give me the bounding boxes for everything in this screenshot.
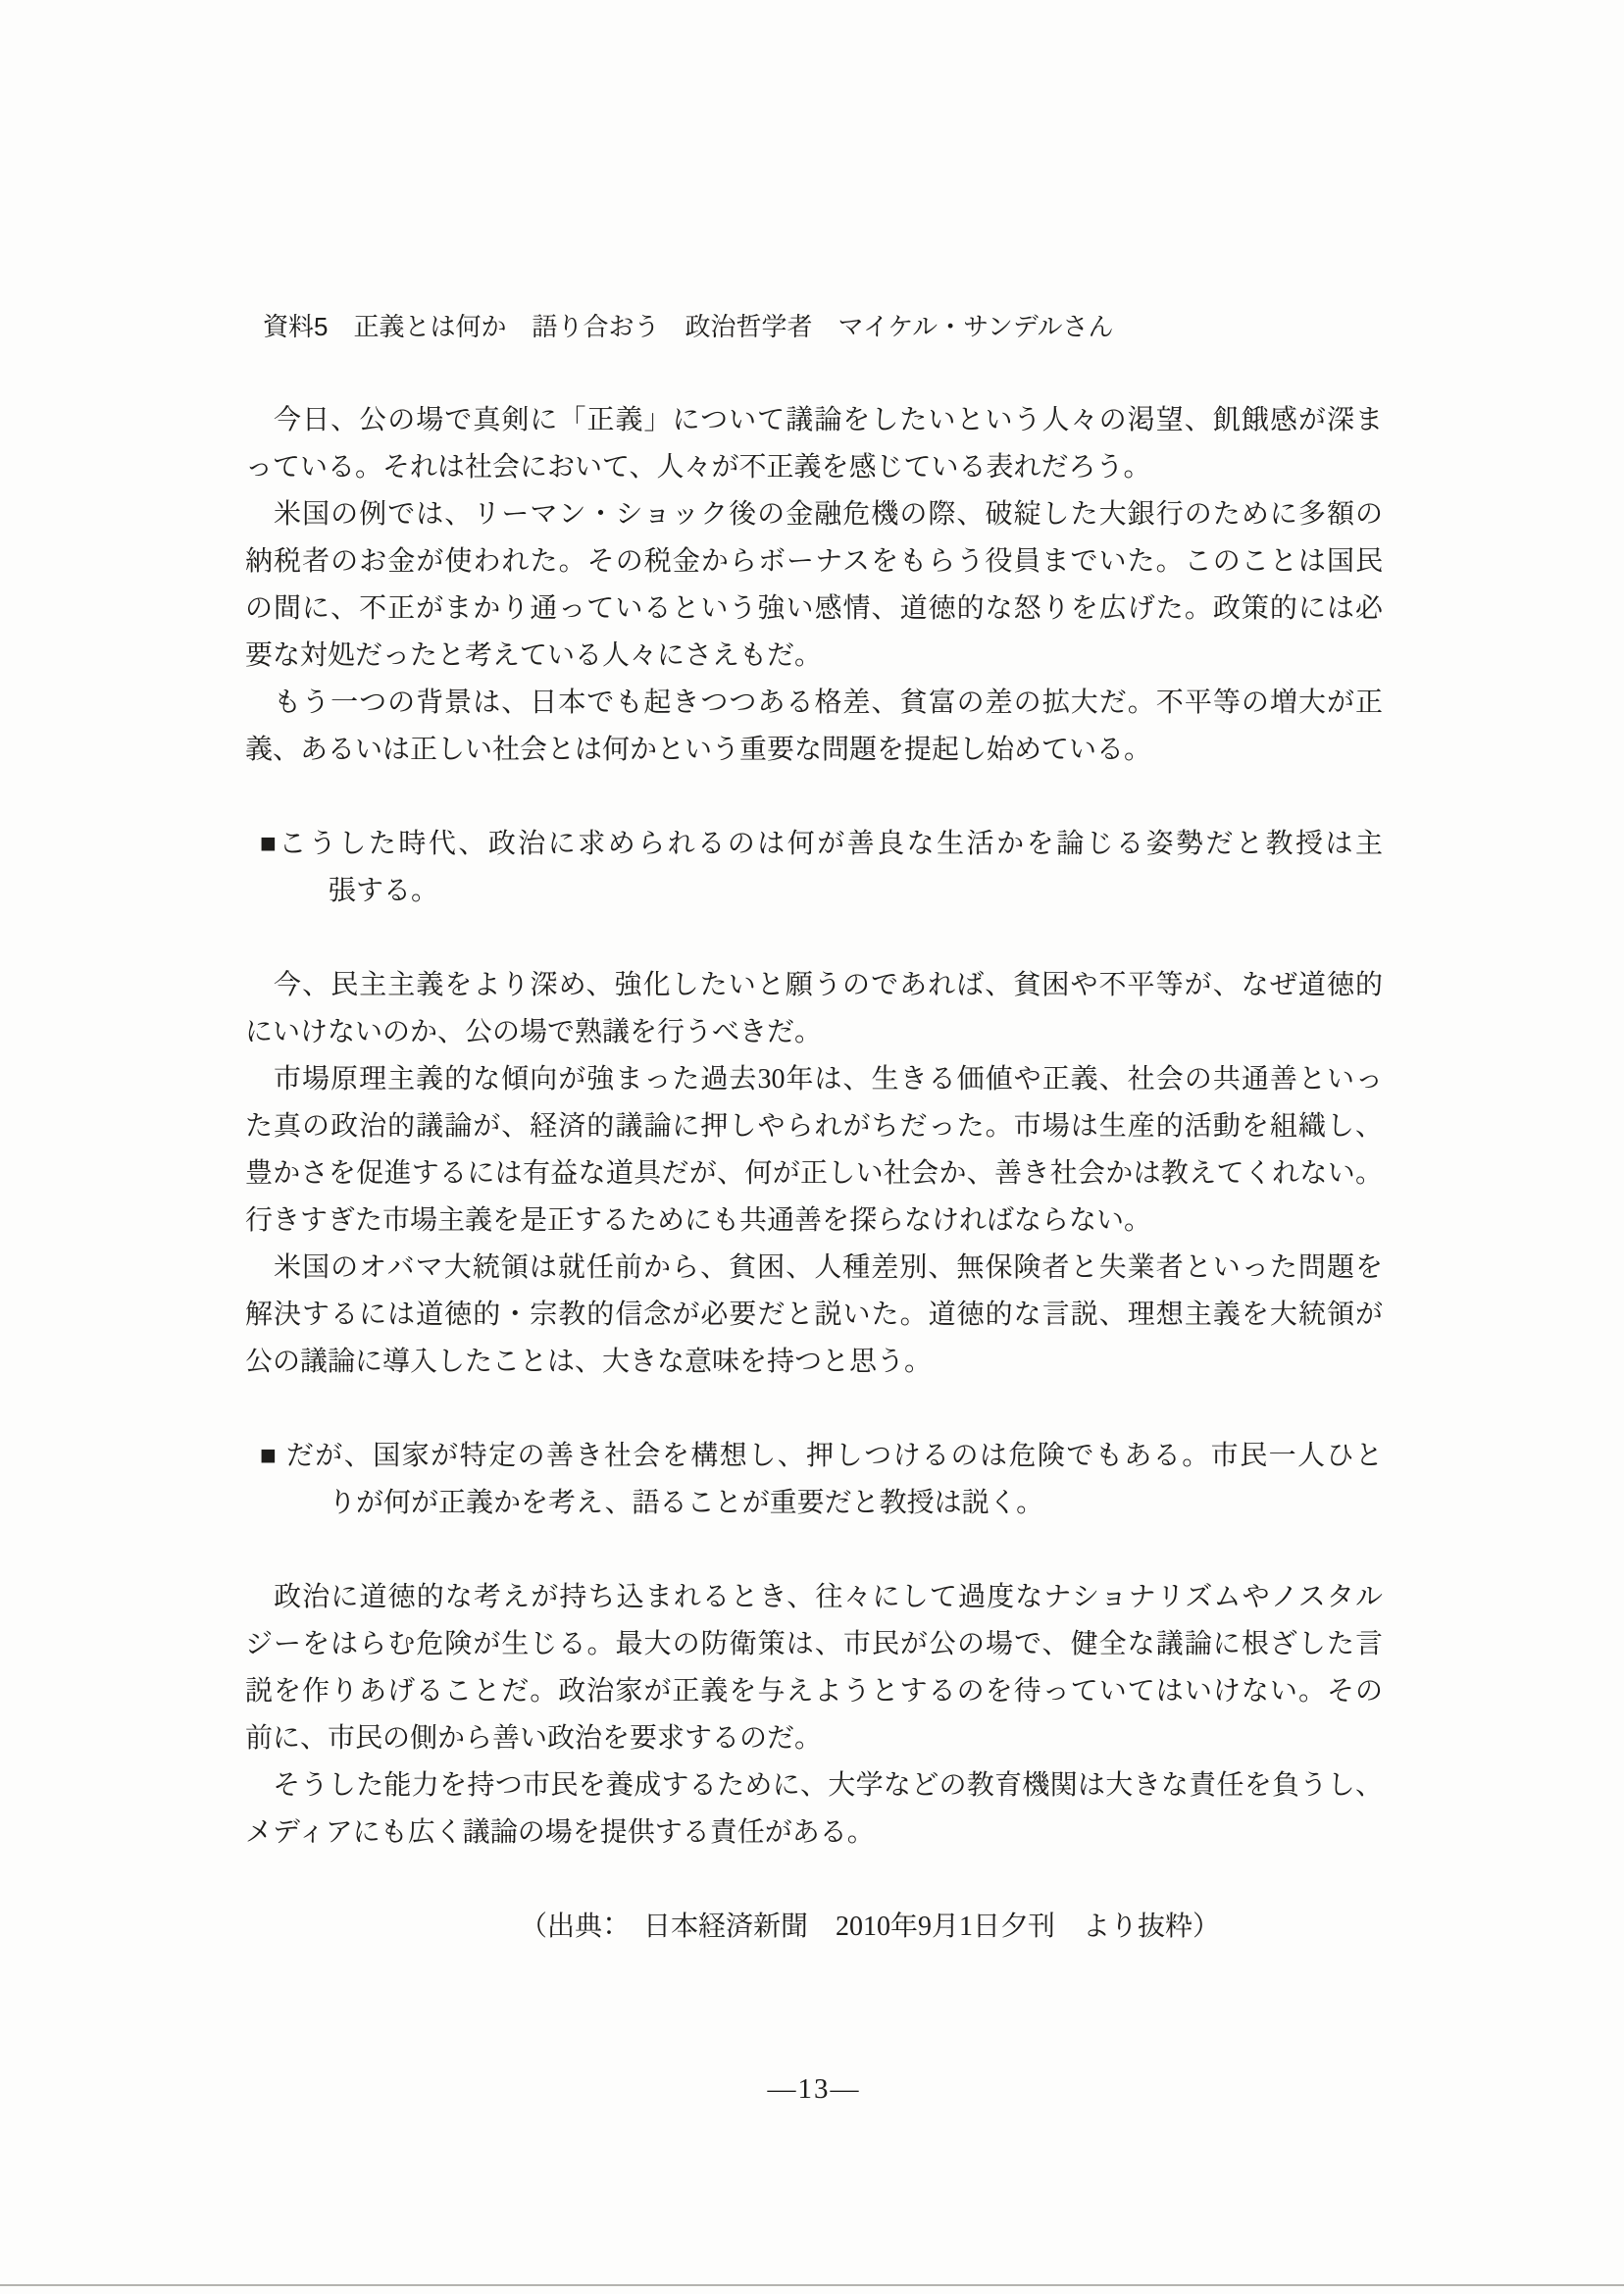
scan-edge-line (0, 2284, 1624, 2286)
callout-2: ■ だが、国家が特定の善き社会を構想し、押しつけるのは危険でもある。市民一人ひと… (245, 1433, 1383, 1527)
text-line: ■こうした時代、政治に求められるのは何が善良な生活かを論じる姿勢だと教授は主 (245, 821, 1383, 868)
text-line: 政治に道徳的な考えが持ち込まれるとき、往々にして過度なナショナリズムやノスタル (245, 1574, 1383, 1621)
text-line: メディアにも広く議論の場を提供する責任がある。 (245, 1810, 1383, 1857)
text-line: 豊かさを促進するには有益な道具だが、何が正しい社会か、善き社会かは教えてくれない… (245, 1150, 1383, 1198)
text-line: 張する。 (245, 868, 1383, 915)
text-line: 納税者のお金が使われた。その税金からボーナスをもらう役員までいた。このことは国民 (245, 538, 1383, 586)
paragraph-4: 今、民主主義をより深め、強化したいと願うのであれば、貧困や不平等が、なぜ道徳的に… (245, 962, 1383, 1056)
paragraph-8: そうした能力を持つ市民を養成するために、大学などの教育機関は大きな責任を負うし、… (245, 1762, 1383, 1857)
text-line: りが何が正義かを考え、語ることが重要だと教授は説く。 (245, 1480, 1383, 1527)
text-line: 前に、市民の側から善い政治を要求するのだ。 (245, 1715, 1383, 1762)
text-line: 解決するには道徳的・宗教的信念が必要だと説いた。道徳的な言説、理想主義を大統領が (245, 1292, 1383, 1339)
text-line: にいけないのか、公の場で熟議を行うべきだ。 (245, 1009, 1383, 1056)
text-line: ジーをはらむ危険が生じる。最大の防衛策は、市民が公の場で、健全な議論に根ざした言 (245, 1621, 1383, 1668)
paragraph-3: もう一つの背景は、日本でも起きつつある格差、貧富の差の拡大だ。不平等の増大が正義… (245, 680, 1383, 774)
text-line: 義、あるいは正しい社会とは何かという重要な問題を提起し始めている。 (245, 727, 1383, 774)
text-line: の間に、不正がまかり通っているという強い感情、道徳的な怒りを広げた。政策的には必 (245, 586, 1383, 633)
text-line: 米国のオバマ大統領は就任前から、貧困、人種差別、無保険者と失業者といった問題を (245, 1245, 1383, 1292)
page-number: ―13― (245, 2065, 1383, 2113)
text-line: 今、民主主義をより深め、強化したいと願うのであれば、貧困や不平等が、なぜ道徳的 (245, 962, 1383, 1009)
document-title: 資料5 正義とは何か 語り合おう 政治哲学者 マイケル・サンデルさん (245, 303, 1383, 350)
text-line: た真の政治的議論が、経済的議論に押しやられがちだった。市場は生産的活動を組織し、 (245, 1103, 1383, 1150)
text-line: 市場原理主義的な傾向が強まった過去30年は、生きる価値や正義、社会の共通善といっ (245, 1056, 1383, 1103)
paragraph-7: 政治に道徳的な考えが持ち込まれるとき、往々にして過度なナショナリズムやノスタルジ… (245, 1574, 1383, 1762)
paragraph-6: 米国のオバマ大統領は就任前から、貧困、人種差別、無保険者と失業者といった問題を解… (245, 1245, 1383, 1386)
paragraph-5: 市場原理主義的な傾向が強まった過去30年は、生きる価値や正義、社会の共通善といっ… (245, 1056, 1383, 1245)
paragraph-2: 米国の例では、リーマン・ショック後の金融危機の際、破綻した大銀行のために多額の納… (245, 491, 1383, 680)
text-line: 公の議論に導入したことは、大きな意味を持つと思う。 (245, 1339, 1383, 1386)
source-line: （出典： 日本経済新聞 2010年9月1日夕刊 より抜粋） (245, 1904, 1383, 1951)
text-line: 説を作りあげることだ。政治家が正義を与えようとするのを待っていてはいけない。その (245, 1668, 1383, 1715)
text-line: っている。それは社会において、人々が不正義を感じている表れだろう。 (245, 444, 1383, 491)
text-line: 米国の例では、リーマン・ショック後の金融危機の際、破綻した大銀行のために多額の (245, 491, 1383, 538)
text-line: もう一つの背景は、日本でも起きつつある格差、貧富の差の拡大だ。不平等の増大が正 (245, 680, 1383, 727)
callout-1: ■こうした時代、政治に求められるのは何が善良な生活かを論じる姿勢だと教授は主張す… (245, 821, 1383, 915)
text-line: 行きすぎた市場主義を是正するためにも共通善を探らなければならない。 (245, 1198, 1383, 1245)
paragraph-1: 今日、公の場で真剣に「正義」について議論をしたいという人々の渇望、飢餓感が深まっ… (245, 397, 1383, 491)
text-line: ■ だが、国家が特定の善き社会を構想し、押しつけるのは危険でもある。市民一人ひと (245, 1433, 1383, 1480)
text-line: そうした能力を持つ市民を養成するために、大学などの教育機関は大きな責任を負うし、 (245, 1762, 1383, 1810)
text-line: 要な対処だったと考えている人々にさえもだ。 (245, 633, 1383, 680)
text-line: 今日、公の場で真剣に「正義」について議論をしたいという人々の渇望、飢餓感が深ま (245, 397, 1383, 444)
scanned-document-page: 資料5 正義とは何か 語り合おう 政治哲学者 マイケル・サンデルさん 今日、公の… (0, 0, 1624, 2294)
